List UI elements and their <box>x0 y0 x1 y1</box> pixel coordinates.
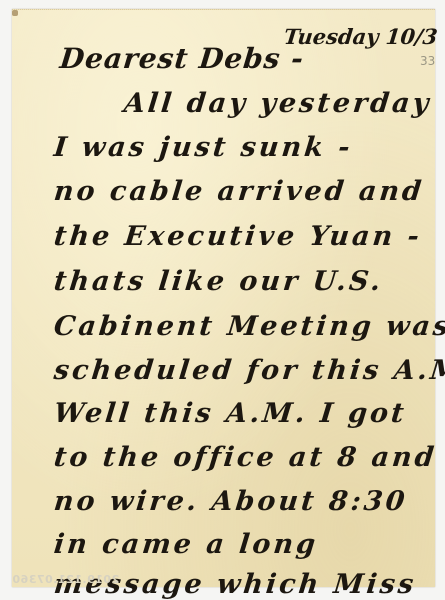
letter-line: the Executive Yuan - <box>52 221 423 252</box>
scanned-page: Tuesday 10/3 33 Dearest Debs - All day y… <box>0 0 445 600</box>
letter-line: Well this A.M. I got <box>52 398 408 429</box>
letter-line: Cabinent Meeting was <box>52 311 445 342</box>
salutation: Dearest Debs - <box>58 42 306 75</box>
letter-date: Tuesday 10/3 <box>283 24 439 49</box>
letter-line: scheduled for this A.M. <box>52 355 445 386</box>
letter-line: thats like our U.S. <box>52 266 384 297</box>
letter-line: I was just sunk - <box>52 132 354 163</box>
letter-line: All day yesterday <box>122 88 433 119</box>
letter-line: to the office at 8 and <box>52 442 438 473</box>
letter-line: no wire. About 8:30 <box>52 486 409 517</box>
letter-paper: Tuesday 10/3 33 Dearest Debs - All day y… <box>12 9 435 587</box>
letter-line: no cable arrived and <box>52 176 425 207</box>
page-number: 33 <box>420 54 435 68</box>
accession-number-bleed-through: 2019.121.07360 <box>12 573 119 586</box>
letter-line: in came a long <box>52 529 319 560</box>
